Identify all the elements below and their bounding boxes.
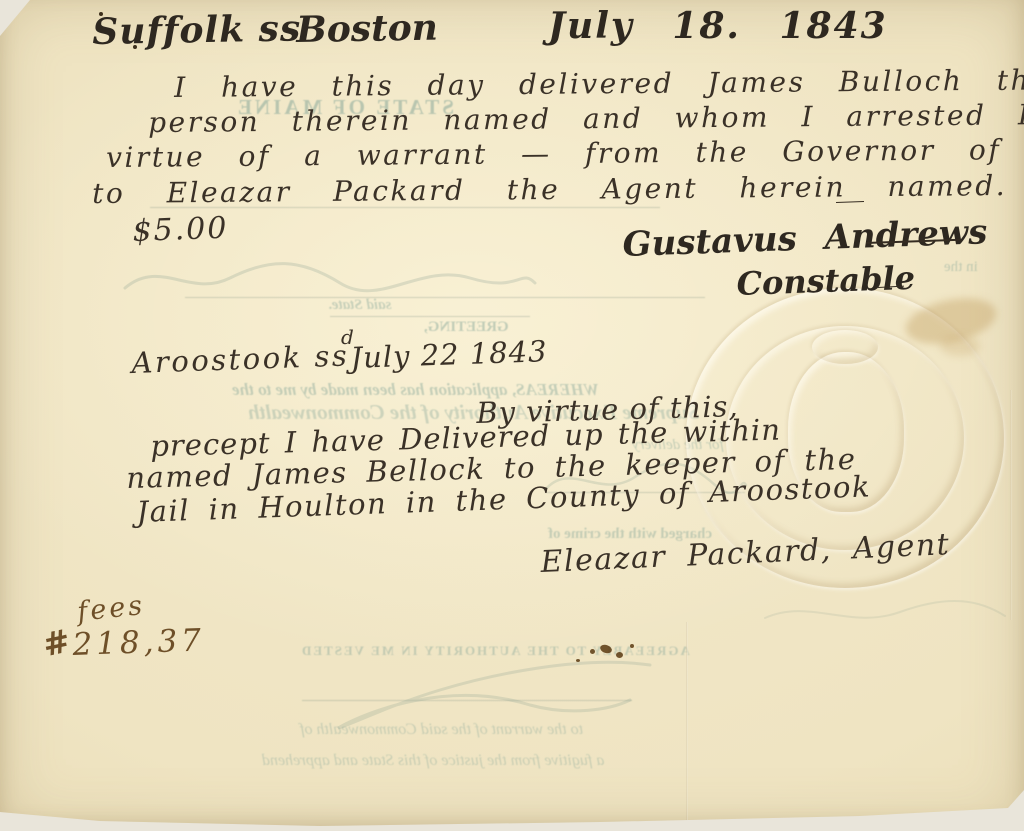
fees-label: fees — [76, 592, 146, 626]
heading-county: Suffolk ss — [92, 10, 301, 50]
scanned-document: STATE OF MAINE in the said State. GREETI… — [0, 0, 1024, 831]
bleedthrough-flourish — [120, 248, 540, 308]
bleedthrough-fragment: in the — [944, 260, 978, 275]
paper-sheet: STATE OF MAINE in the said State. GREETI… — [0, 0, 1024, 831]
embossed-seal-ornament — [812, 330, 878, 364]
heading-county-2: Aroostook ss — [131, 341, 350, 378]
ink-blot — [590, 649, 595, 654]
body-line-text: virtue of a warrant — from the Governor … — [106, 132, 1024, 174]
amount: $5.00 — [132, 214, 229, 247]
ink-blot — [576, 659, 580, 662]
body-line: person therein named and whom I arrested… — [148, 101, 1024, 137]
body-line: I have this day delivered James Bulloch … — [174, 66, 1024, 102]
fold-crease — [686, 622, 688, 831]
bleedthrough-flourish — [760, 588, 1010, 643]
fold-crease — [1010, 390, 1012, 620]
bleedthrough-fragment: a fugitive from the justice of this Stat… — [262, 753, 604, 769]
bleedthrough-flourish — [330, 650, 660, 735]
body-line: virtue of a warrant — from the Governor … — [106, 135, 1024, 172]
bleedthrough-rule — [330, 316, 530, 317]
heading-date: July 18. 1843 — [548, 8, 888, 44]
stain — [940, 336, 980, 356]
ink-blot — [616, 652, 623, 658]
ink-blot — [630, 644, 634, 648]
bleedthrough-fragment: GREETING, — [424, 320, 509, 335]
heading-date-2: July 22 1843 — [350, 337, 548, 373]
signature-constable-name: Gustavus Andrews — [622, 215, 988, 262]
heading-place: Boston — [296, 10, 438, 48]
signature-constable-title: Constable — [736, 262, 916, 300]
body-line: to Eleazar Packard the Agent herein name… — [92, 172, 1007, 208]
fees-number: 218,37 — [72, 625, 205, 661]
number-mark: # — [40, 624, 73, 661]
